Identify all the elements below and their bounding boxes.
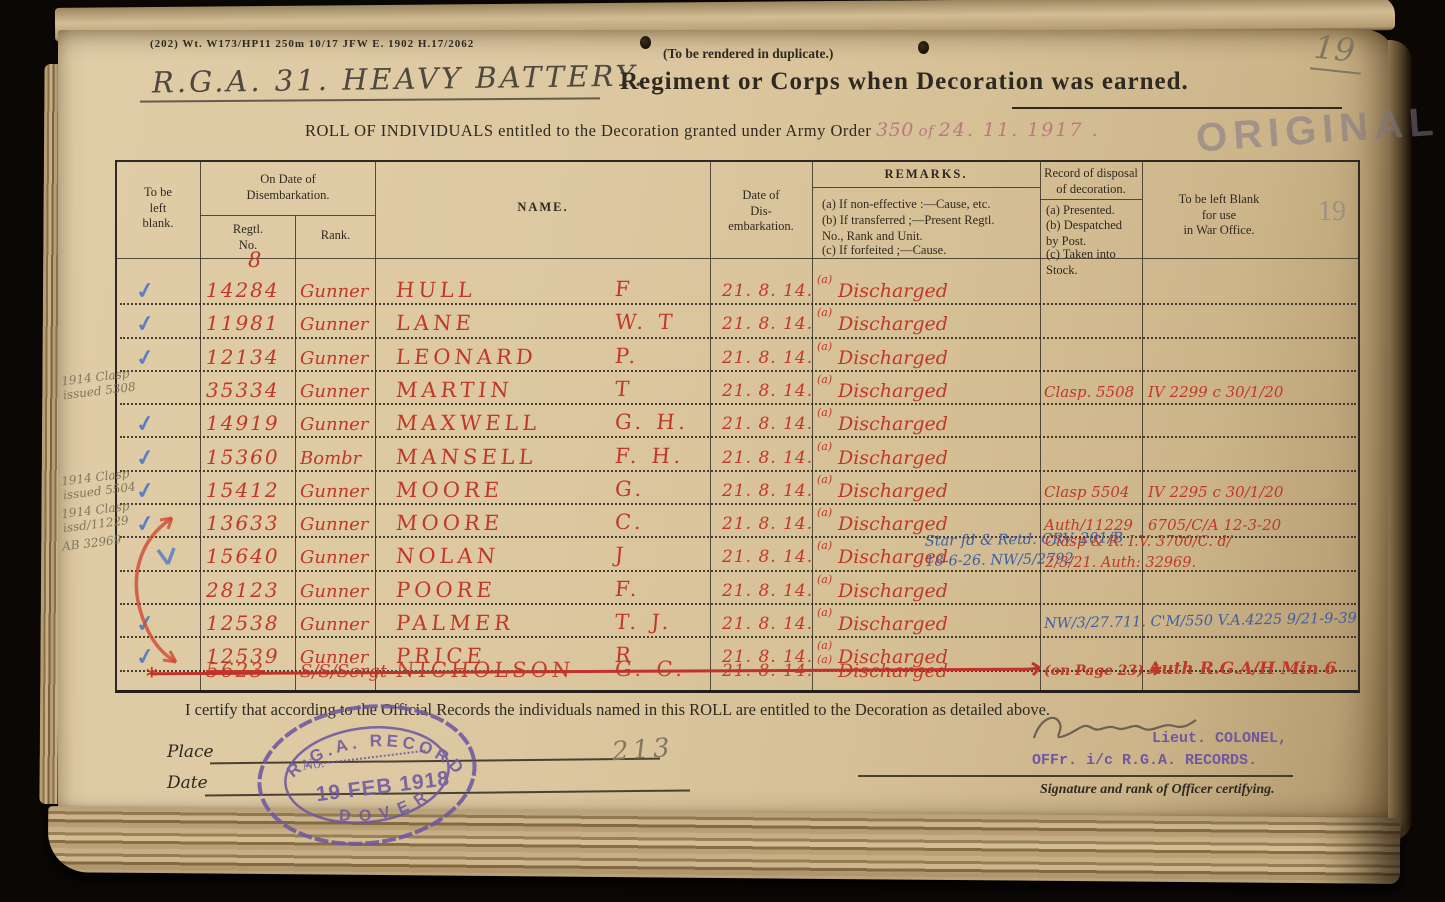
remarks-note-c: (c) If forfeited ;—Cause.: [822, 242, 1036, 258]
table-left-border: [115, 160, 117, 692]
initials: G. H.: [614, 410, 690, 434]
header-record-of-disposal: Record of disposal of decoration.: [1042, 166, 1140, 197]
disembarkation-date: 21. 8. 14.: [722, 614, 813, 634]
remarks-note-a: (a) If non-effective :—Cause, etc.: [822, 196, 1036, 212]
disembarkation-date: 21. 8. 14.: [722, 314, 813, 334]
army-order-number: 350: [876, 119, 914, 141]
disembarkation-date: 21. 8. 14.: [722, 448, 813, 468]
disembarkation-date: 21. 8. 14.: [722, 414, 813, 434]
remark-label: (a): [817, 373, 832, 386]
date-label: Date: [167, 773, 208, 793]
remark-label: (a): [817, 273, 832, 286]
surname: MAXWELL: [395, 411, 542, 435]
page-curl-edge: [1388, 40, 1412, 840]
disposal-note-a: (a) Presented.: [1046, 202, 1140, 218]
disembarkation-date: 21. 8. 14.: [722, 547, 813, 567]
officer-rank-line2: OFFr. i/c R.G.A. RECORDS.: [1032, 752, 1257, 769]
initials: F: [614, 277, 635, 301]
pencil-page-number: 19: [1310, 27, 1365, 74]
remark-label: (a): [817, 473, 832, 486]
remark-label: (a): [817, 573, 832, 586]
remark-label: (a): [817, 406, 832, 419]
remark-text: Discharged: [838, 347, 948, 369]
remark-label: (a): [817, 539, 832, 552]
disembarkation-date: 21. 8. 14.: [722, 281, 813, 301]
surname: NOLAN: [395, 544, 500, 568]
header-to-be-left-blank: To be left blank.: [117, 185, 199, 232]
red-ink-note: Clasp & R. I.V. 3700/C. d/ 2/3/21. Auth:…: [1045, 532, 1355, 573]
remark-label: (a): [817, 506, 832, 519]
war-office-page-stamp: 19: [1318, 196, 1346, 228]
header-remarks: REMARKS.: [814, 167, 1038, 183]
header-name: NAME.: [377, 200, 709, 216]
remark-label: (a): [817, 440, 832, 453]
surname: MOORE: [395, 478, 504, 502]
red-margin-bracket: [128, 512, 180, 672]
surname: LANE: [395, 311, 476, 335]
initials: F.: [614, 577, 642, 601]
scanned-decoration-roll-page: (202) Wt. W173/HP11 250m 10/17 JFW E. 19…: [0, 0, 1445, 902]
disposal-note-c: (c) Taken into Stock.: [1046, 246, 1140, 279]
stamp-no-label: No.: [301, 755, 325, 774]
regtl-no: 15640: [206, 544, 280, 568]
rank: Gunner: [300, 581, 368, 602]
regtl-no-correction: 8: [248, 248, 261, 272]
rank: Gunner: [300, 314, 368, 335]
page-title: Regiment or Corps when Decoration was ea…: [620, 68, 1189, 96]
disembarkation-date: 21. 8. 14.: [722, 514, 813, 534]
remark-text: Discharged: [838, 413, 948, 435]
surname: MANSELL: [395, 445, 538, 469]
regtl-no: 35334: [206, 378, 280, 402]
regtl-no: 13633: [206, 511, 280, 535]
disposal-note: Clasp. 5508: [1044, 382, 1134, 403]
war-office-note: IV 2295 c 30/1/20: [1148, 482, 1358, 503]
surname: POORE: [395, 578, 497, 602]
rank: Bombr: [300, 448, 361, 469]
group-header-underline: [200, 215, 375, 216]
initials: C.: [614, 510, 646, 534]
disposal-underline: [1040, 199, 1142, 200]
regtl-no: 15412: [206, 478, 280, 502]
surname: HULL: [395, 278, 477, 302]
initials: W. T: [614, 310, 677, 334]
remark-text: Discharged: [838, 613, 948, 635]
header-war-office-blank: To be left Blank for use in War Office.: [1144, 192, 1294, 239]
surname: MOORE: [395, 511, 504, 535]
rank: Gunner: [300, 514, 368, 535]
initials: G.: [614, 477, 647, 501]
rank: Gunner: [300, 614, 368, 635]
signature-line: [858, 775, 1293, 777]
binder-hole: [918, 41, 929, 54]
surname: LEONARD: [395, 345, 538, 369]
remark-text: Discharged: [838, 447, 948, 469]
officer-rank-line1: Lieut. COLONEL,: [1152, 730, 1287, 747]
regtl-no: 28123: [206, 578, 280, 602]
disembarkation-date: 21. 8. 14.: [722, 381, 813, 401]
of-word: of: [918, 122, 934, 140]
rank: Gunner: [300, 547, 368, 568]
signature-caption: Signature and rank of Officer certifying…: [1040, 782, 1275, 798]
remarks-underline: [812, 187, 1040, 188]
remark-text: Discharged: [838, 480, 948, 502]
pencil-number: 213: [611, 733, 675, 767]
header-rank: Rank.: [297, 228, 374, 244]
regtl-no: 5623: [206, 658, 265, 682]
surname: MARTIN: [395, 378, 514, 402]
rank: Gunner: [300, 281, 368, 302]
rank: Gunner: [300, 348, 368, 369]
rank: Gunner: [300, 414, 368, 435]
strike-arrowhead: [1018, 660, 1044, 680]
army-order-date: 24. 11. 1917 .: [939, 119, 1100, 141]
rga-records-date-stamp: R.G.A. RECORDS DOVER No. 19 FEB 1918: [244, 687, 491, 864]
disembarkation-date: 21. 8. 14.: [722, 481, 813, 501]
regtl-no: 15360: [206, 445, 280, 469]
remark-label: (a): [817, 306, 832, 319]
initials: F. H.: [614, 444, 686, 468]
binder-hole: [640, 36, 651, 49]
remark-label: (a): [817, 340, 832, 353]
rank: Gunner: [300, 381, 368, 402]
war-office-note: Auth R.G.A/H Min 6: [1148, 658, 1358, 682]
disembarkation-date: 21. 8. 14.: [722, 348, 813, 368]
regtl-no: 11981: [206, 311, 280, 335]
initials: J: [614, 543, 629, 567]
form-imprint: (202) Wt. W173/HP11 250m 10/17 JFW E. 19…: [150, 38, 474, 50]
table-bottom-border: [115, 690, 1360, 693]
place-label: Place: [167, 742, 214, 762]
initials: T: [614, 377, 634, 401]
table-top-border: [115, 160, 1360, 162]
roll-heading: ROLL OF INDIVIDUALS entitled to the Deco…: [305, 119, 1100, 141]
initials: T. J.: [614, 610, 674, 634]
remark-text: Discharged: [838, 280, 948, 302]
book-bottom-page-stack: [48, 806, 1401, 884]
disembarkation-date: 21. 8. 14.: [722, 581, 813, 601]
header-on-date-of-disembarkation: On Date of Disembarkation.: [202, 172, 374, 203]
remark-text: Discharged: [838, 313, 948, 335]
rank: Gunner: [300, 481, 368, 502]
regtl-no: 14919: [206, 411, 280, 435]
table-header-underline: [115, 258, 1360, 259]
remark-text: Discharged: [838, 380, 948, 402]
surname: PALMER: [395, 611, 515, 635]
initials: P.: [614, 344, 641, 368]
disposal-note: Clasp 5504: [1044, 482, 1129, 503]
remark-label: (a): [817, 653, 832, 666]
regtl-no: 14284: [206, 278, 280, 302]
handwritten-unit-title: R.G.A. 31. HEAVY BATTERY.: [152, 59, 646, 100]
regtl-no: 12538: [206, 611, 280, 635]
disposal-note-b: (b) Despatched by Post.: [1046, 217, 1140, 250]
remark-text: Discharged: [838, 580, 948, 602]
roll-heading-text: ROLL OF INDIVIDUALS entitled to the Deco…: [305, 121, 871, 140]
header-date-of-disembarkation: Date of Dis- embarkation.: [712, 188, 810, 235]
remark-label: (a): [817, 639, 832, 652]
disposal-note: (on Page 23) ✱: [1044, 662, 1161, 682]
remarks-note-b: (b) If transferred ;—Present Regtl. No.,…: [822, 212, 1036, 245]
regtl-no: 12134: [206, 345, 280, 369]
remark-label: (a): [817, 606, 832, 619]
duplicate-note: (To be rendered in duplicate.): [663, 46, 833, 62]
war-office-note: IV 2299 c 30/1/20: [1148, 382, 1358, 403]
